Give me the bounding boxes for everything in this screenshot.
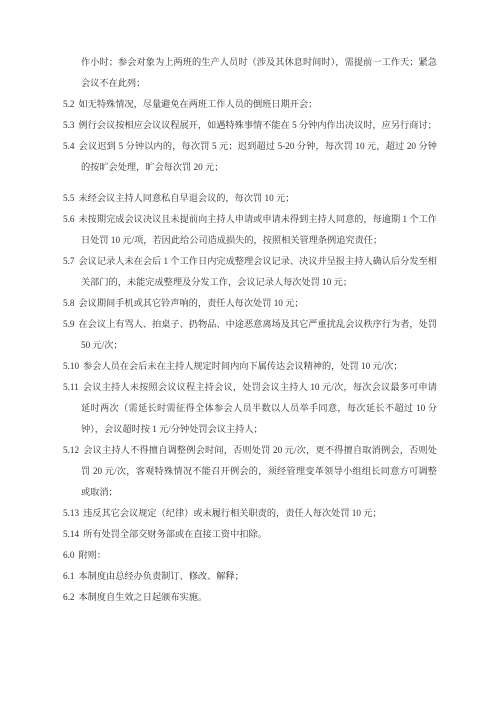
clause-text: 作小时；参会对象为上两班的生产人员时（涉及其休息时间时），需提前一工作天；紧急会…: [81, 57, 437, 88]
clause-number: 5.12: [63, 445, 79, 455]
clause-text: 未按期完成会议决议且未提前向主持人申请或申请未得到主持人同意的，每逾期 1 个工…: [78, 214, 437, 245]
clause-5-5: 5.5未经会议主持人同意私自早退会议的，每次罚 10 元；: [63, 188, 437, 209]
section-6-0-heading: 6.0附则：: [63, 545, 437, 566]
clause-5-9: 5.9在会议上有骂人、拍桌子、扔物品、中途恶意离场及其它严重扰乱会议秩序行为者，…: [63, 314, 437, 356]
clause-number: 5.6: [63, 214, 74, 224]
clause-5-14: 5.14所有处罚全部交财务部或在直接工资中扣除。: [63, 524, 437, 545]
clause-number: 5.10: [63, 361, 79, 371]
clause-text: 会议期间手机或其它铃声响的，责任人每次处罚 10 元；: [78, 298, 303, 308]
clause-text: 如无特殊情况，尽量避免在两班工作人员的倒班日期开会；: [78, 99, 317, 109]
clause-text: 附则：: [78, 550, 106, 560]
clause-number: 6.1: [63, 571, 74, 581]
clause-text: 本制度由总经办负责制订、修改、解释；: [78, 571, 243, 581]
clause-text: 在会议上有骂人、拍桌子、扔物品、中途恶意离场及其它严重扰乱会议秩序行为者，处罚 …: [78, 319, 437, 350]
clause-6-1: 6.1本制度由总经办负责制订、修改、解释；: [63, 566, 437, 587]
clause-5-1-continuation: 作小时；参会对象为上两班的生产人员时（涉及其休息时间时），需提前一工作天；紧急会…: [63, 52, 437, 94]
clause-text: 会议主持人不得擅自调整例会时间，否则处罚 20 元/次，更不得擅自取消例会，否则…: [81, 445, 437, 497]
clause-number: 5.9: [63, 319, 74, 329]
clause-text: 本制度自生效之日起颁布实施。: [78, 592, 207, 602]
clause-text: 未经会议主持人同意私自早退会议的，每次罚 10 元；: [78, 193, 294, 203]
clause-number: 5.8: [63, 298, 74, 308]
clause-5-7: 5.7会议记录人未在会后 1 个工作日内完成整理会议记录、决议并呈报主持人确认后…: [63, 251, 437, 293]
clause-number: 5.7: [63, 256, 74, 266]
clause-text: 会议主持人未按照会议议程主持会议，处罚会议主持人 10 元/次，每次会议最多可申…: [81, 382, 437, 434]
clause-number: 5.13: [63, 508, 79, 518]
clause-5-6: 5.6未按期完成会议决议且未提前向主持人申请或申请未得到主持人同意的，每逾期 1…: [63, 209, 437, 251]
clause-5-8: 5.8会议期间手机或其它铃声响的，责任人每次处罚 10 元；: [63, 293, 437, 314]
clause-5-12: 5.12会议主持人不得擅自调整例会时间，否则处罚 20 元/次，更不得擅自取消例…: [63, 440, 437, 503]
clause-5-3: 5.3例行会议按相应会议议程展开，如遇特殊事情不能在 5 分钟内作出决议时，应另…: [63, 115, 437, 136]
clause-5-2: 5.2如无特殊情况，尽量避免在两班工作人员的倒班日期开会；: [63, 94, 437, 115]
clause-text: 违反其它会议规定（纪律）或未履行相关职责的，责任人每次处罚 10 元；: [83, 508, 382, 518]
clause-5-10: 5.10参会人员在会后未在主持人规定时间内向下属传达会议精神的，处罚 10 元/…: [63, 356, 437, 377]
clause-5-4: 5.4会议迟到 5 分钟以内的，每次罚 5 元；迟到超过 5-20 分钟，每次罚…: [63, 136, 437, 178]
clause-text: 所有处罚全部交财务部或在直接工资中扣除。: [83, 529, 267, 539]
clause-number: 6.0: [63, 550, 74, 560]
document-page: 作小时；参会对象为上两班的生产人员时（涉及其休息时间时），需提前一工作天；紧急会…: [0, 0, 500, 707]
clause-number: 5.5: [63, 193, 74, 203]
clause-text: 参会人员在会后未在主持人规定时间内向下属传达会议精神的，处罚 10 元/次；: [83, 361, 403, 371]
clause-text: 例行会议按相应会议议程展开，如遇特殊事情不能在 5 分钟内作出决议时，应另行商讨…: [78, 120, 436, 130]
clause-number: 5.4: [63, 141, 74, 151]
clause-text: 会议迟到 5 分钟以内的，每次罚 5 元；迟到超过 5-20 分钟，每次罚 10…: [78, 141, 437, 172]
clause-5-11: 5.11会议主持人未按照会议议程主持会议，处罚会议主持人 10 元/次，每次会议…: [63, 377, 437, 440]
clause-number: 5.14: [63, 529, 79, 539]
clause-number: 5.3: [63, 120, 74, 130]
clause-number: 5.11: [63, 382, 79, 392]
clause-number: 5.2: [63, 99, 74, 109]
clause-5-13: 5.13违反其它会议规定（纪律）或未履行相关职责的，责任人每次处罚 10 元；: [63, 503, 437, 524]
clause-text: 会议记录人未在会后 1 个工作日内完成整理会议记录、决议并呈报主持人确认后分发至…: [78, 256, 437, 287]
clause-6-2: 6.2本制度自生效之日起颁布实施。: [63, 587, 437, 608]
clause-number: 6.2: [63, 592, 74, 602]
